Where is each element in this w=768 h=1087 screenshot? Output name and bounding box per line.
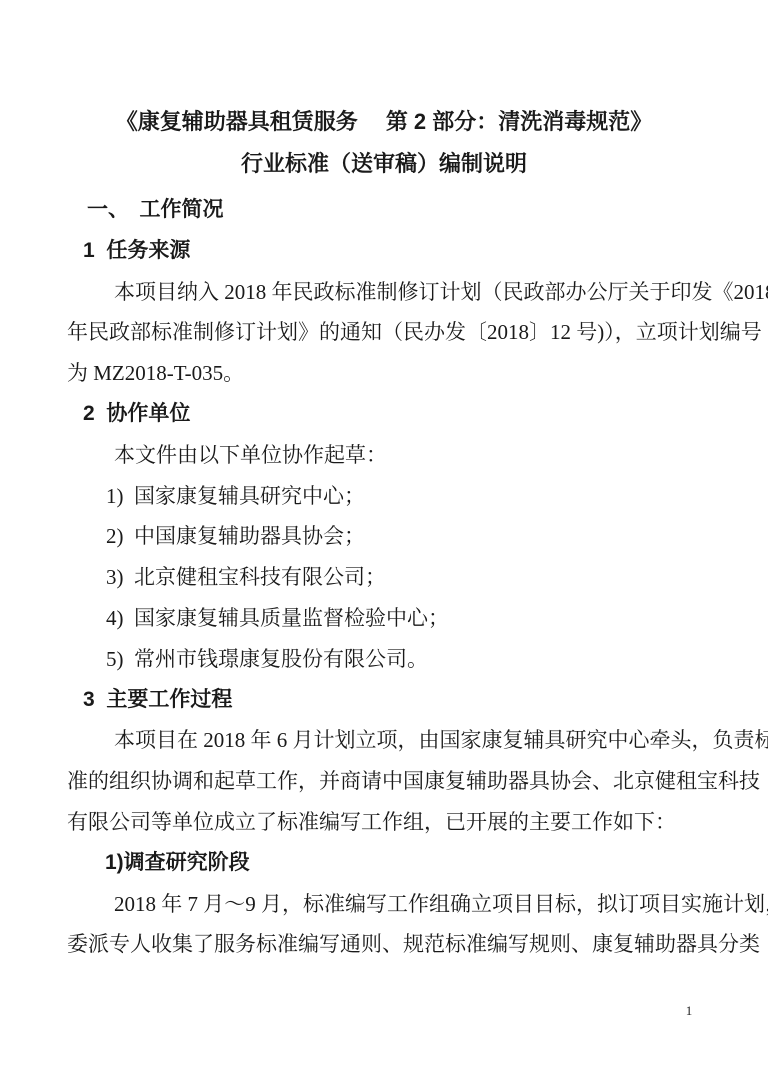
document-content: 《康复辅助器具租赁服务 第 2 部分：清洗消毒规范》 行业标准（送审稿）编制说明… [0,0,768,965]
text-line: 有限公司等单位成立了标准编写工作组，已开展的主要工作如下： [67,802,701,843]
document-title: 《康复辅助器具租赁服务 第 2 部分：清洗消毒规范》 [67,101,701,143]
document-subtitle: 行业标准（送审稿）编制说明 [67,143,701,185]
text-line: 3) 北京健租宝科技有限公司； [106,557,701,598]
text-line: 委派专人收集了服务标准编写通则、规范标准编写规则、康复辅助器具分类 [67,924,701,965]
section-heading: 3 主要工作过程 [83,680,701,721]
text-line: 本文件由以下单位协作起草： [67,435,701,476]
text-line: 年民政部标准制修订计划》的通知（民办发〔2018〕12 号)），立项计划编号 [67,312,701,353]
text-line: 本项目纳入 2018 年民政标准制修订计划（民政部办公厅关于印发《2018 [67,272,701,313]
text-line: 为 MZ2018-T-035。 [67,353,701,394]
text-line: 4) 国家康复辅具质量监督检验中心； [106,598,701,639]
text-line: 2018 年 7 月～9 月，标准编写工作组确立项目目标，拟订项目实施计划， [67,884,701,925]
section-heading: 1)调查研究阶段 [105,843,701,884]
section-heading: 一、 工作简况 [87,190,701,231]
document-page: 《康复辅助器具租赁服务 第 2 部分：清洗消毒规范》 行业标准（送审稿）编制说明… [0,0,768,1087]
document-body: 一、 工作简况1 任务来源本项目纳入 2018 年民政标准制修订计划（民政部办公… [67,190,701,965]
text-line: 2) 中国康复辅助器具协会； [106,516,701,557]
page-number: 1 [681,1001,697,1021]
text-line: 1) 国家康复辅具研究中心； [106,476,701,517]
text-line: 本项目在 2018 年 6 月计划立项，由国家康复辅具研究中心牵头，负责标 [67,720,701,761]
text-line: 准的组织协调和起草工作，并商请中国康复辅助器具协会、北京健租宝科技 [67,761,701,802]
section-heading: 1 任务来源 [83,231,701,272]
section-heading: 2 协作单位 [83,394,701,435]
text-line: 5) 常州市钱璟康复股份有限公司。 [106,639,701,680]
